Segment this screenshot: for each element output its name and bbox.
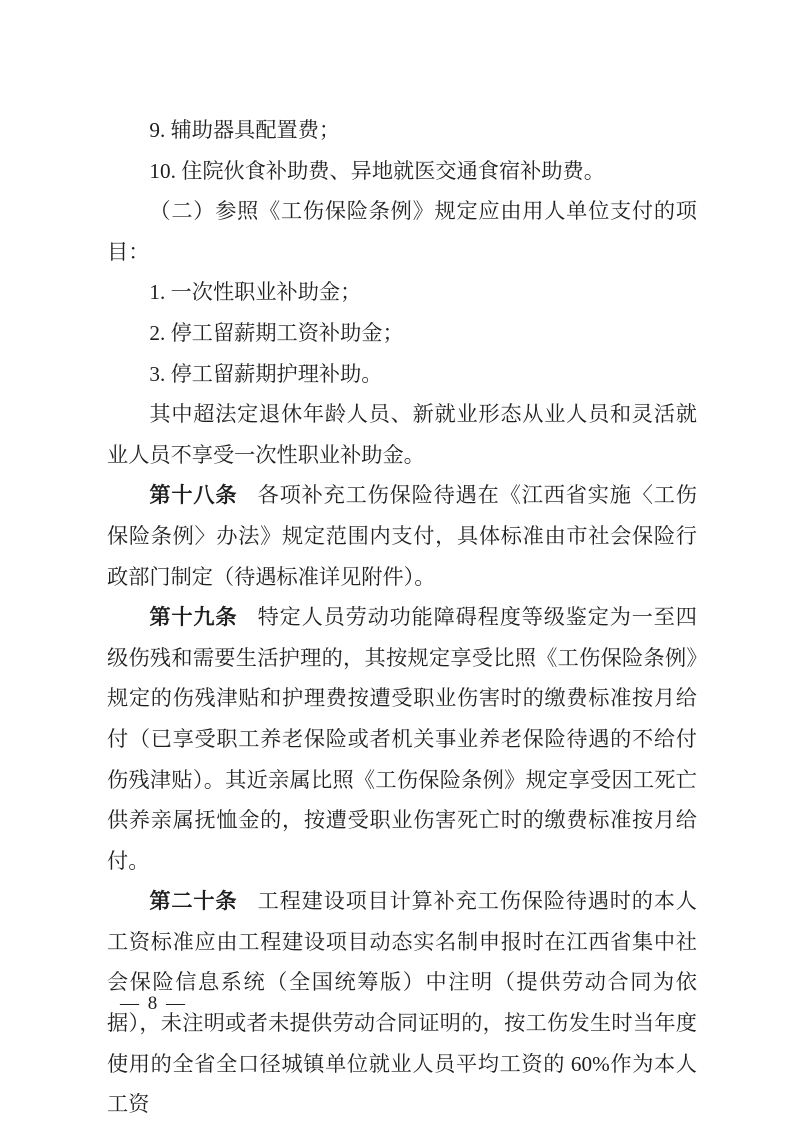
paragraph-article-19: 第十九条特定人员劳动功能障碍程度等级鉴定为一至四级伤残和需要生活护理的，其按规定… [107,597,697,881]
paragraph: 10. 住院伙食补助费、异地就医交通食宿补助费。 [107,151,697,192]
paragraph-text: 特定人员劳动功能障碍程度等级鉴定为一至四级伤残和需要生活护理的，其按规定享受比照… [107,605,697,873]
paragraph-text: （二）参照《工伤保险条例》规定应由用人单位支付的项目： [107,199,697,264]
paragraph-text: 1. 一次性职业补助金； [149,280,361,304]
document-body: 9. 辅助器具配置费； 10. 住院伙食补助费、异地就医交通食宿补助费。 （二）… [107,110,697,1122]
paragraph-text: 3. 停工留薪期护理补助。 [149,362,382,386]
paragraph-article-20: 第二十条工程建设项目计算补充工伤保险待遇时的本人工资标准应由工程建设项目动态实名… [107,881,697,1122]
article-number: 第二十条 [149,889,237,913]
paragraph: 其中超法定退休年龄人员、新就业形态从业人员和灵活就业人员不享受一次性职业补助金。 [107,394,697,475]
paragraph-article-18: 第十八条各项补充工伤保险待遇在《江西省实施〈工伤保险条例〉办法》规定范围内支付，… [107,475,697,597]
paragraph-text: 9. 辅助器具配置费； [149,118,340,142]
paragraph-text: 10. 住院伙食补助费、异地就医交通食宿补助费。 [149,159,605,183]
paragraph: 2. 停工留薪期工资补助金； [107,313,697,354]
document-page: 9. 辅助器具配置费； 10. 住院伙食补助费、异地就医交通食宿补助费。 （二）… [0,0,793,1122]
page-number: — 8 — [120,993,187,1015]
paragraph: （二）参照《工伤保险条例》规定应由用人单位支付的项目： [107,191,697,272]
paragraph-text: 其中超法定退休年龄人员、新就业形态从业人员和灵活就业人员不享受一次性职业补助金。 [107,402,697,467]
paragraph-text: 工程建设项目计算补充工伤保险待遇时的本人工资标准应由工程建设项目动态实名制申报时… [107,889,697,1116]
paragraph: 1. 一次性职业补助金； [107,272,697,313]
article-number: 第十八条 [149,483,237,507]
paragraph-text: 2. 停工留薪期工资补助金； [149,321,403,345]
paragraph: 9. 辅助器具配置费； [107,110,697,151]
paragraph: 3. 停工留薪期护理补助。 [107,354,697,395]
article-number: 第十九条 [149,605,237,629]
